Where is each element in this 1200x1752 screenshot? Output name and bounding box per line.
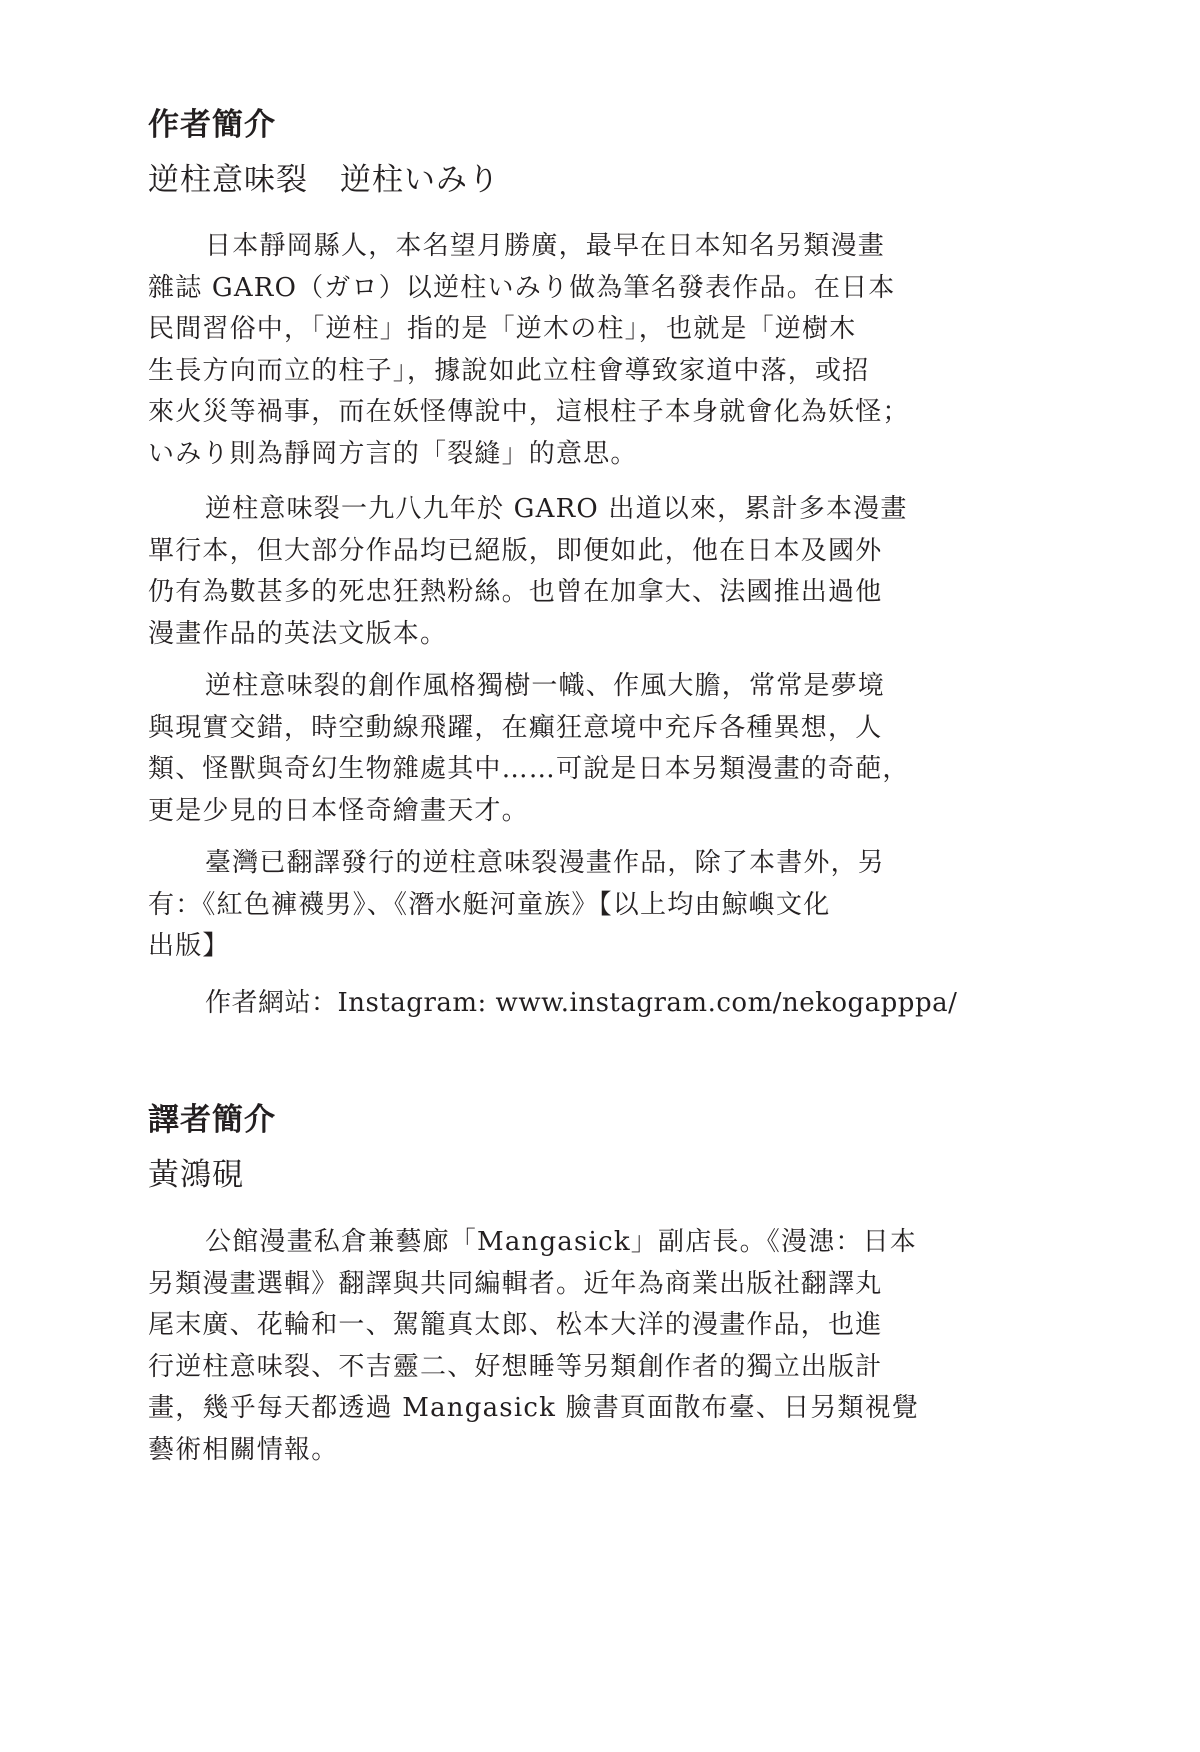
text-line: 仍有為數甚多的死忠狂熱粉絲。也曾在加拿大、法國推出過他 <box>148 572 930 614</box>
translator-bio-paragraph: 公館漫畫私倉兼藝廊「Mangasick」副店長。《漫漶：日本 另類漫畫選輯》翻譯… <box>148 1222 930 1471</box>
text-line: 漫畫作品的英法文版本。 <box>148 614 930 656</box>
text-line: 逆柱意味裂一九八九年於 GARO 出道以來，累計多本漫畫 <box>148 489 930 531</box>
author-website: 作者網站：Instagram: www.instagram.com/nekoga… <box>205 983 957 1025</box>
author-section-heading: 作者簡介 <box>148 105 276 145</box>
text-line: 公館漫畫私倉兼藝廊「Mangasick」副店長。《漫漶：日本 <box>148 1222 930 1264</box>
text-line: 另類漫畫選輯》翻譯與共同編輯者。近年為商業出版社翻譯丸 <box>148 1264 930 1306</box>
translator-name: 黃鴻硯 <box>148 1155 244 1195</box>
text-line: 生長方向而立的柱子」，據說如此立柱會導致家道中落，或招 <box>148 351 930 393</box>
author-bio-paragraph-4: 臺灣已翻譯發行的逆柱意味裂漫畫作品，除了本書外，另 有：《紅色褲襪男》、《潛水艇… <box>148 843 930 968</box>
text-line: 與現實交錯，時空動線飛躍，在癲狂意境中充斥各種異想，人 <box>148 708 930 750</box>
text-line: 出版】 <box>148 926 930 968</box>
text-line: 類、怪獸與奇幻生物雜處其中……可說是日本另類漫畫的奇葩， <box>148 749 930 791</box>
text-line: いみり則為靜岡方言的「裂縫」的意思。 <box>148 434 930 476</box>
text-line: 逆柱意味裂的創作風格獨樹一幟、作風大膽，常常是夢境 <box>148 666 930 708</box>
text-line: 臺灣已翻譯發行的逆柱意味裂漫畫作品，除了本書外，另 <box>148 843 930 885</box>
text-line: 更是少見的日本怪奇繪畫天才。 <box>148 791 930 833</box>
text-line: 來火災等禍事，而在妖怪傳說中，這根柱子本身就會化為妖怪； <box>148 392 930 434</box>
text-line: 行逆柱意味裂、不吉靈二、好想睡等另類創作者的獨立出版計 <box>148 1347 930 1389</box>
translator-section-heading: 譯者簡介 <box>148 1100 276 1140</box>
text-line: 藝術相關情報。 <box>148 1430 930 1472</box>
text-line: 單行本，但大部分作品均已絕版，即便如此，他在日本及國外 <box>148 531 930 573</box>
author-bio-paragraph-1: 日本靜岡縣人，本名望月勝廣，最早在日本知名另類漫畫 雜誌 GARO（ガロ）以逆柱… <box>148 226 930 475</box>
text-line: 尾末廣、花輪和一、駕籠真太郎、松本大洋的漫畫作品，也進 <box>148 1305 930 1347</box>
text-line: 民間習俗中，「逆柱」指的是「逆木の柱」，也就是「逆樹木 <box>148 309 930 351</box>
author-name: 逆柱意味裂 逆柱いみり <box>148 160 500 200</box>
author-bio-paragraph-3: 逆柱意味裂的創作風格獨樹一幟、作風大膽，常常是夢境 與現實交錯，時空動線飛躍，在… <box>148 666 930 832</box>
text-line: 畫，幾乎每天都透過 Mangasick 臉書頁面散布臺、日另類視覺 <box>148 1388 930 1430</box>
text-line: 雜誌 GARO（ガロ）以逆柱いみり做為筆名發表作品。在日本 <box>148 268 930 310</box>
author-bio-paragraph-2: 逆柱意味裂一九八九年於 GARO 出道以來，累計多本漫畫 單行本，但大部分作品均… <box>148 489 930 655</box>
text-line: 有：《紅色褲襪男》、《潛水艇河童族》【以上均由鯨嶼文化 <box>148 885 930 927</box>
text-line: 日本靜岡縣人，本名望月勝廣，最早在日本知名另類漫畫 <box>148 226 930 268</box>
